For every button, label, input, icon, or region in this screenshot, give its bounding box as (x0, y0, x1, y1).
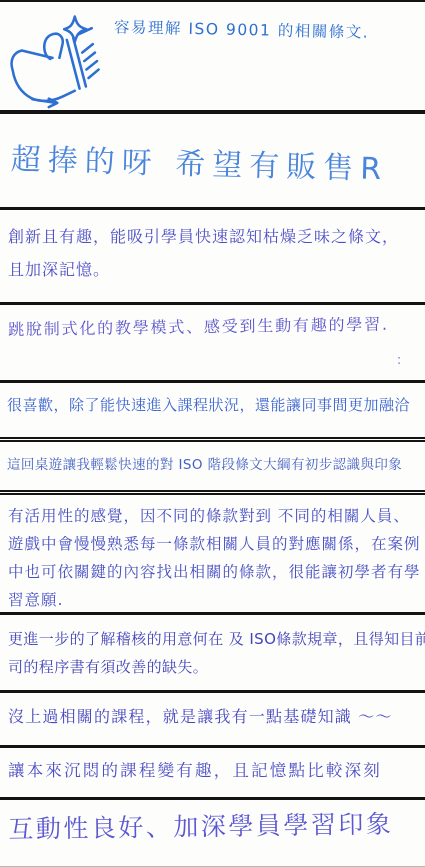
feedback-note: 這回桌遊讓我輕鬆快速的對 ISO 階段條文大綱有初步認識與印象 (0, 442, 425, 490)
feedback-note: 跳脫制式化的教學模式、感受到生動有趣的學習. : (0, 305, 425, 380)
note-text: 有活用性的感覺，因不同的條款對到 不同的相關人員、 (8, 502, 417, 530)
thumbs-up-icon (8, 10, 114, 110)
note-text: 且加深記憶。 (8, 253, 417, 286)
note-text: 習意願. (8, 586, 417, 612)
feedback-note: 容易理解 ISO 9001 的相關條文. (0, 2, 425, 110)
feedback-note: 很喜歡，除了能快速進入課程狀況，還能讓同事間更加融洽 (0, 383, 425, 437)
note-text: 中也可依關鍵的內容找出相關的條款，很能讓初學者有學 (8, 558, 417, 586)
note-text: 這回桌遊讓我輕鬆快速的對 ISO 階段條文大綱有初步認識與印象 (7, 453, 419, 473)
feedback-sheet: 容易理解 ISO 9001 的相關條文. 超捧的呀 希望有販售R 創新且有趣，能… (0, 0, 425, 867)
note-text: 互動性良好、加深學員學習印象 (0, 800, 425, 846)
stray-mark: : (397, 353, 403, 368)
feedback-note: 讓本來沉悶的課程變有趣，且記憶點比較深刻 (0, 748, 425, 797)
note-text: 遊戲中會慢慢熟悉每一條款相關人員的對應關係，在案例 (8, 530, 417, 558)
note-text: 超捧的呀 希望有販售R (0, 114, 425, 189)
note-text: 更進一步的了解稽核的用意何在 及 ISO條款規章，且得知目前公 (8, 625, 419, 653)
note-text: 很喜歡，除了能快速進入課程狀況，還能讓同事間更加融洽 (7, 394, 419, 415)
feedback-note: 超捧的呀 希望有販售R (0, 114, 425, 207)
note-text: 容易理解 ISO 9001 的相關條文. (114, 15, 370, 42)
feedback-note: 有活用性的感覺，因不同的條款對到 不同的相關人員、 遊戲中會慢慢熟悉每一條款相關… (0, 495, 425, 612)
note-text: 創新且有趣，能吸引學員快速認知枯燥乏味之條文， (8, 220, 417, 253)
feedback-note: 創新且有趣，能吸引學員快速認知枯燥乏味之條文， 且加深記憶。 (0, 210, 425, 302)
feedback-note: 沒上過相關的課程，就是讓我有一點基礎知識 ～～ (0, 693, 425, 745)
sparkle-icon (64, 17, 86, 42)
feedback-note: 更進一步的了解稽核的用意何在 及 ISO條款規章，且得知目前公 司的程序書有須改… (0, 615, 425, 690)
note-text: 沒上過相關的課程，就是讓我有一點基礎知識 ～～ (8, 704, 419, 727)
note-text: 讓本來沉悶的課程變有趣，且記憶點比較深刻 (8, 757, 419, 781)
note-text: 司的程序書有須改善的缺失。 (8, 653, 419, 681)
feedback-note: 互動性良好、加深學員學習印象 (0, 800, 425, 866)
note-text: 跳脫制式化的教學模式、感受到生動有趣的學習. (8, 311, 417, 340)
